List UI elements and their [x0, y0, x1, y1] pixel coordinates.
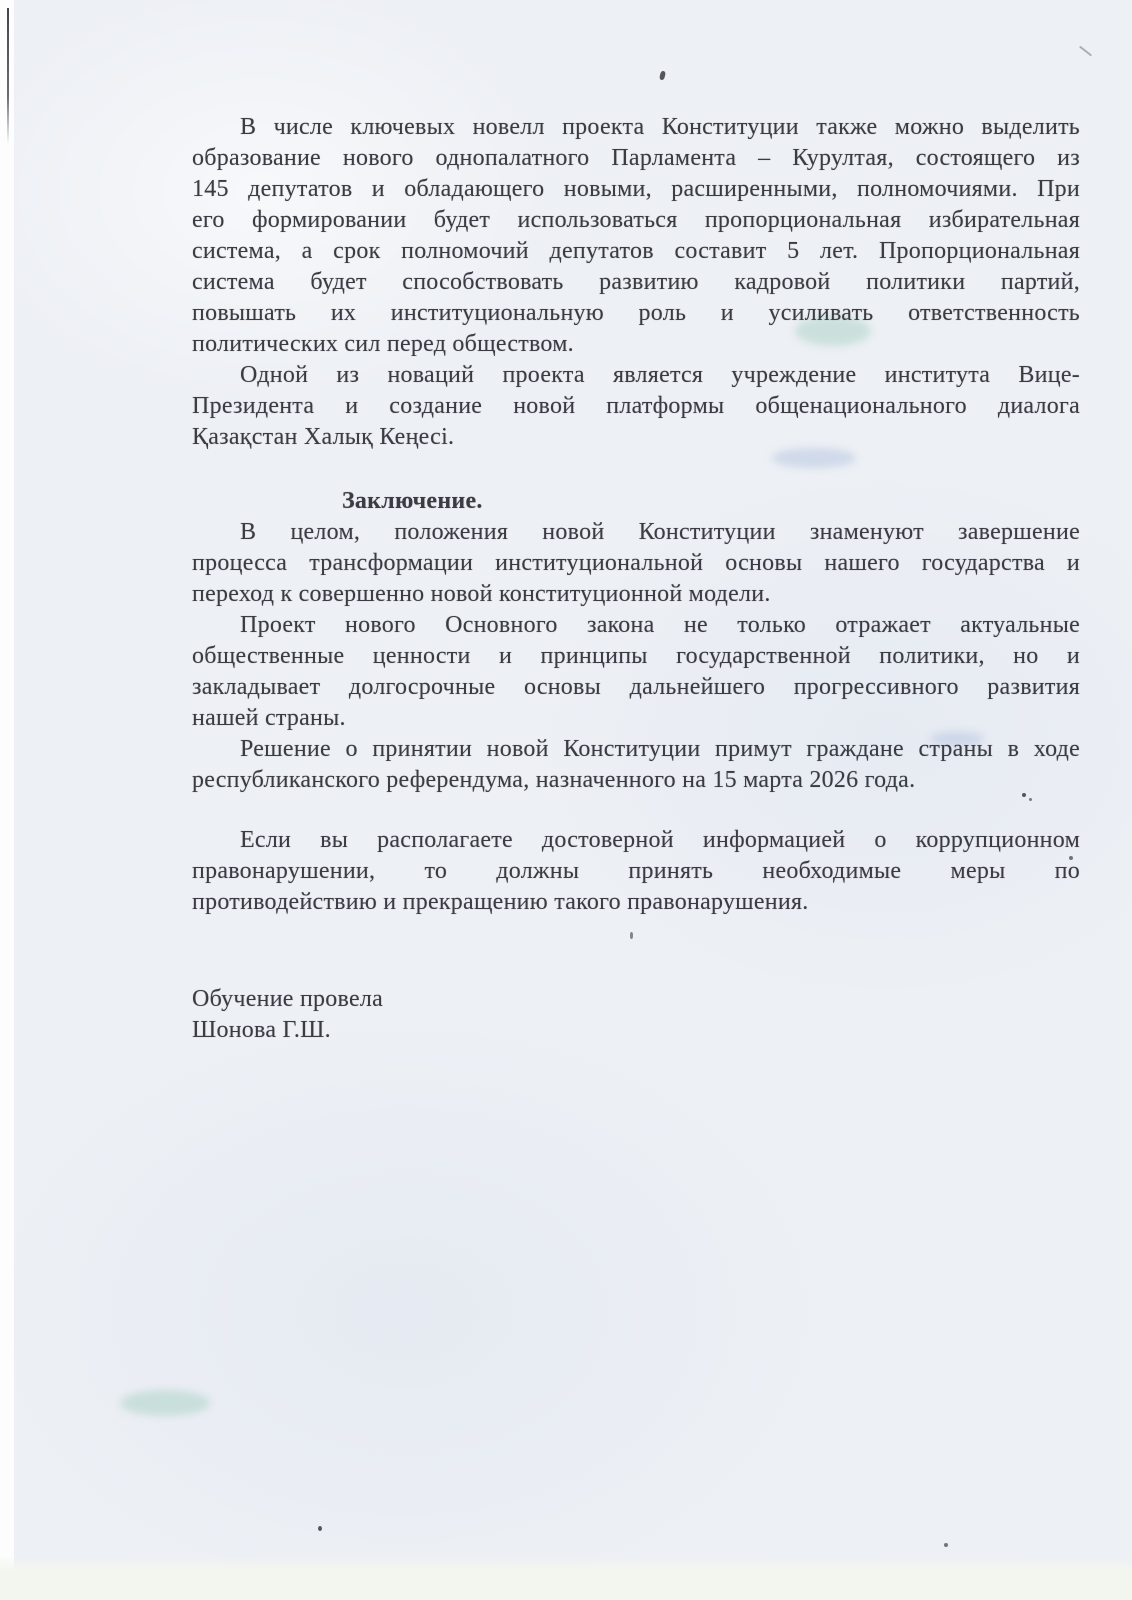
heading-conclusion: Заключение. — [192, 486, 1080, 517]
paragraph-draft-values-line-4: нашей страны. — [192, 703, 1080, 734]
paragraph-conclusion-summary-line-2: процесса трансформации институциональной… — [192, 548, 1080, 579]
paper-bottom-edge — [0, 1556, 1132, 1600]
scanner-edge-artifact — [7, 8, 9, 144]
heading-conclusion-line-1: Заключение. — [192, 486, 1080, 517]
paragraph-key-novellas-line-1: В числе ключевых новелл проекта Конститу… — [192, 112, 1080, 143]
ink-bleed-smudge — [120, 1390, 210, 1416]
signature-block-line-2: Шонова Г.Ш. — [192, 1015, 1080, 1046]
paragraph-corruption-notice-line-1: Если вы располагаете достоверной информа… — [192, 825, 1080, 856]
paragraph-corruption-notice: Если вы располагаете достоверной информа… — [192, 825, 1080, 918]
paragraph-draft-values-line-2: общественные ценности и принципы государ… — [192, 641, 1080, 672]
paragraph-referendum-line-1: Решение о принятии новой Конституции при… — [192, 734, 1080, 765]
signature-block: Обучение провелаШонова Г.Ш. — [192, 984, 1080, 1046]
paragraph-vice-president: Одной из новаций проекта является учрежд… — [192, 360, 1080, 453]
paragraph-key-novellas-line-4: его формировании будет использоваться пр… — [192, 205, 1080, 236]
paragraph-vice-president-line-2: Президента и создание новой платформы об… — [192, 391, 1080, 422]
paragraph-key-novellas: В числе ключевых новелл проекта Конститу… — [192, 112, 1080, 360]
signature-block-line-1: Обучение провела — [192, 984, 1080, 1015]
paragraph-key-novellas-line-6: система будет способствовать развитию ка… — [192, 267, 1080, 298]
paragraph-key-novellas-line-7: повышать их институциональную роль и уси… — [192, 298, 1080, 329]
paragraph-corruption-notice-line-3: противодействию и прекращению такого пра… — [192, 887, 1080, 918]
paragraph-key-novellas-line-3: 145 депутатов и обладающего новыми, расш… — [192, 174, 1080, 205]
paragraph-key-novellas-line-2: образование нового однопалатного Парламе… — [192, 143, 1080, 174]
scan-speck — [944, 1543, 948, 1547]
paragraph-vice-president-line-3: Қазақстан Халық Кеңесі. — [192, 422, 1080, 453]
text-block: В числе ключевых новелл проекта Конститу… — [192, 112, 1080, 1046]
paragraph-vice-president-line-1: Одной из новаций проекта является учрежд… — [192, 360, 1080, 391]
paragraph-key-novellas-line-5: система, а срок полномочий депутатов сос… — [192, 236, 1080, 267]
paragraph-conclusion-summary-line-3: переход к совершенно новой конституционн… — [192, 579, 1080, 610]
paragraph-referendum: Решение о принятии новой Конституции при… — [192, 734, 1080, 796]
paragraph-draft-values: Проект нового Основного закона не только… — [192, 610, 1080, 734]
paragraph-referendum-line-2: республиканского референдума, назначенно… — [192, 765, 1080, 796]
scan-speck — [318, 1526, 322, 1531]
paragraph-draft-values-line-3: закладывает долгосрочные основы дальнейш… — [192, 672, 1080, 703]
scanned-document-page: В числе ключевых новелл проекта Конститу… — [0, 0, 1132, 1600]
paragraph-corruption-notice-line-2: правонарушении, то должны принять необхо… — [192, 856, 1080, 887]
paragraph-conclusion-summary: В целом, положения новой Конституции зна… — [192, 517, 1080, 610]
paragraph-key-novellas-line-8: политических сил перед обществом. — [192, 329, 1080, 360]
paragraph-conclusion-summary-line-1: В целом, положения новой Конституции зна… — [192, 517, 1080, 548]
paragraph-draft-values-line-1: Проект нового Основного закона не только… — [192, 610, 1080, 641]
